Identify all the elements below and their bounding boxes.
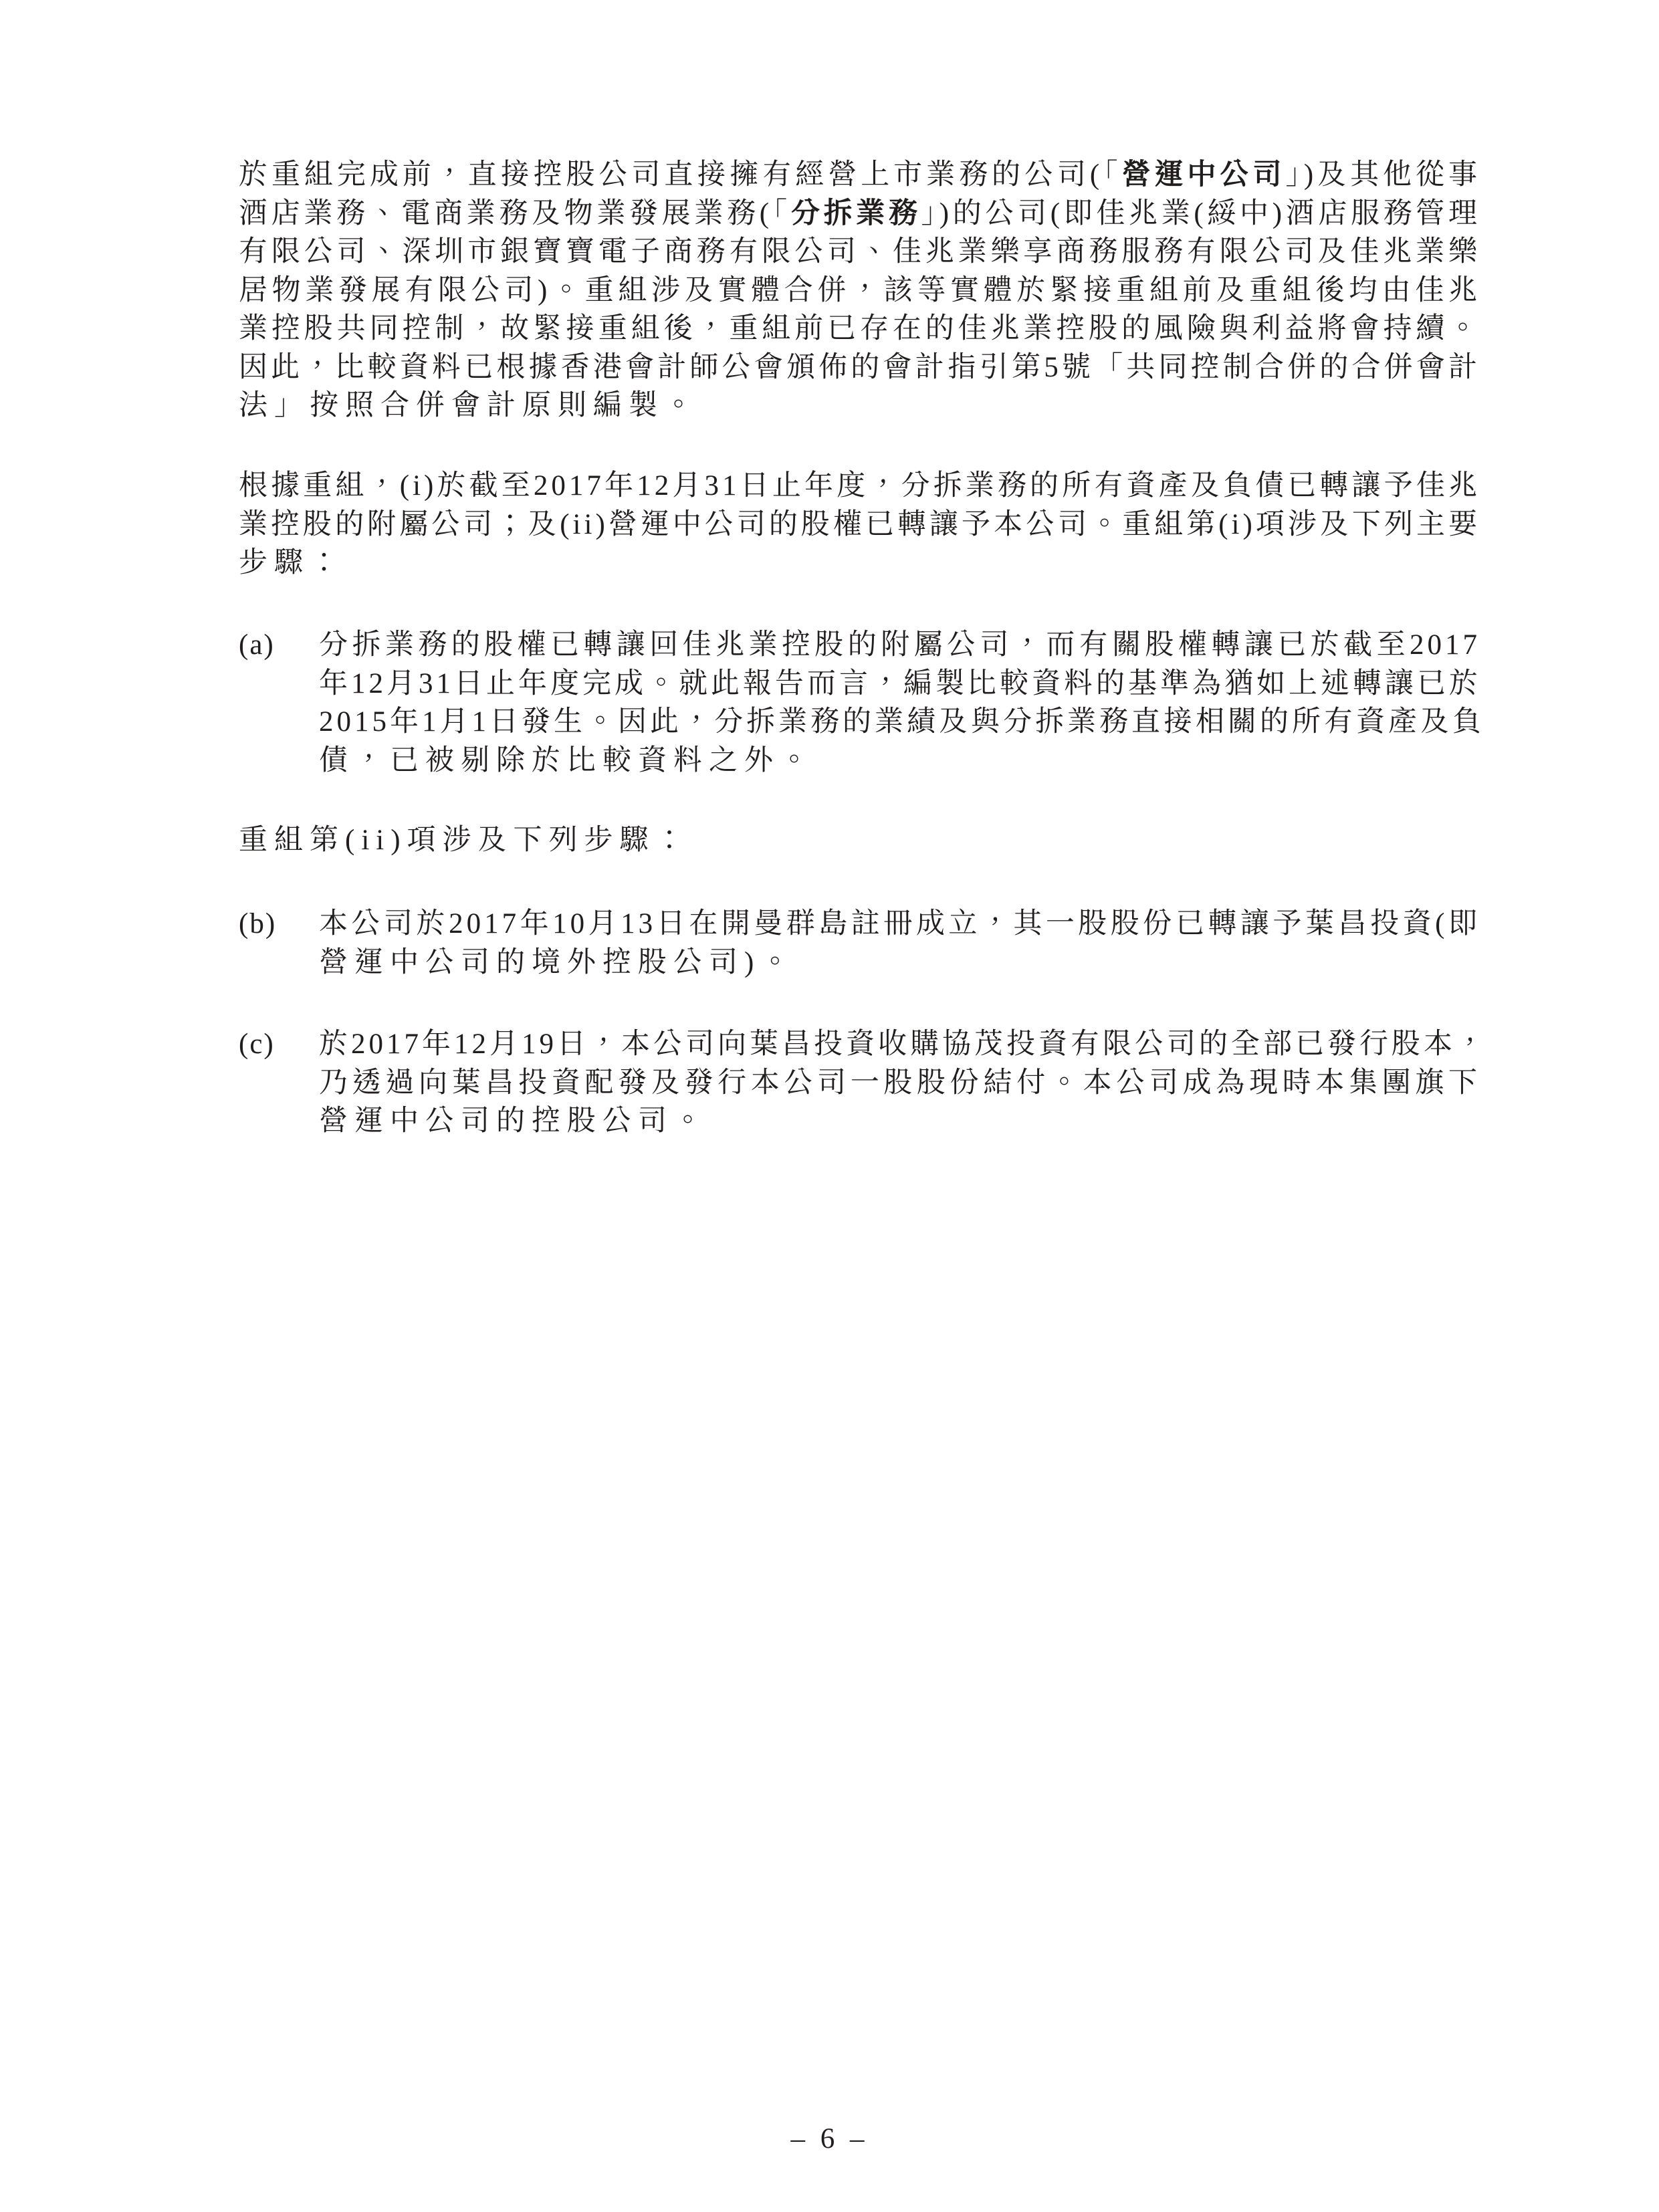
text-line: 年12月31日止年度完成。就此報告而言，編製比較資料的基準為猶如上述轉讓已於 [319, 665, 1480, 703]
paragraph-reorganisation: 根據重組，(i)於截至2017年12月31日止年度，分拆業務的所有資產及負債已轉… [239, 467, 1480, 582]
list-item-b-body: 本公司於2017年10月13日在開曼群島註冊成立，其一股股份已轉讓予葉昌投資(即… [319, 905, 1480, 982]
text-line: 重組第(ii)項涉及下列步驟： [239, 821, 1480, 860]
text-line: 債，已被剔除於比較資料之外。 [319, 742, 1480, 780]
defined-term-spinoff-business: 分拆業務 [791, 197, 921, 229]
text-line: 酒店業務、電商業務及物業發展業務(「分拆業務」)的公司(即佳兆業(綏中)酒店服務… [239, 195, 1480, 233]
text-line: 2015年1月1日發生。因此，分拆業務的業績及與分拆業務直接相關的所有資產及負 [319, 703, 1480, 742]
page-footer: – 6 – [0, 2120, 1659, 2159]
document-page: 於重組完成前，直接控股公司直接擁有經營上市業務的公司(「營運中公司」)及其他從事… [0, 0, 1659, 2212]
paragraph-intro: 於重組完成前，直接控股公司直接擁有經營上市業務的公司(「營運中公司」)及其他從事… [239, 156, 1480, 425]
page-number: – 6 – [791, 2123, 869, 2154]
list-item-c: (c) 於2017年12月19日，本公司向葉昌投資收購協茂投資有限公司的全部已發… [239, 1025, 1480, 1141]
defined-term-operating-company: 營運中公司 [1122, 158, 1286, 191]
text-run: 」)的公司(即佳兆業(綏中)酒店服務管理 [921, 198, 1480, 229]
list-marker-a: (a) [239, 626, 319, 665]
text-run: 於重組完成前，直接控股公司直接擁有經營上市業務的公司(「 [239, 159, 1122, 191]
list-item-a-body: 分拆業務的股權已轉讓回佳兆業控股的附屬公司，而有關股權轉讓已於截至2017 年1… [319, 626, 1480, 780]
text-run: 酒店業務、電商業務及物業發展業務(「 [239, 198, 791, 229]
paragraph-step-ii-leadin: 重組第(ii)項涉及下列步驟： [239, 821, 1480, 860]
text-line: 因此，比較資料已根據香港會計師公會頒佈的會計指引第5號「共同控制合併的合併會計 [239, 348, 1480, 387]
text-line: 營運中公司的控股公司。 [319, 1102, 1480, 1141]
text-line: 居物業發展有限公司)。重組涉及實體合併，該等實體於緊接重組前及重組後均由佳兆 [239, 271, 1480, 310]
text-line: 業控股的附屬公司；及(ii)營運中公司的股權已轉讓予本公司。重組第(i)項涉及下… [239, 506, 1480, 544]
list-item-c-body: 於2017年12月19日，本公司向葉昌投資收購協茂投資有限公司的全部已發行股本，… [319, 1025, 1480, 1141]
text-line: 業控股共同控制，故緊接重組後，重組前已存在的佳兆業控股的風險與利益將會持續。 [239, 310, 1480, 348]
list-marker-b: (b) [239, 905, 319, 944]
text-line: 營運中公司的境外控股公司)。 [319, 944, 1480, 982]
list-item-a: (a) 分拆業務的股權已轉讓回佳兆業控股的附屬公司，而有關股權轉讓已於截至201… [239, 626, 1480, 780]
text-line: 根據重組，(i)於截至2017年12月31日止年度，分拆業務的所有資產及負債已轉… [239, 467, 1480, 506]
list-marker-c: (c) [239, 1025, 319, 1064]
text-line: 於重組完成前，直接控股公司直接擁有經營上市業務的公司(「營運中公司」)及其他從事 [239, 156, 1480, 195]
text-line: 乃透過向葉昌投資配發及發行本公司一股股份結付。本公司成為現時本集團旗下 [319, 1064, 1480, 1103]
text-line: 有限公司、深圳市銀寶寶電子商務有限公司、佳兆業樂享商務服務有限公司及佳兆業樂 [239, 233, 1480, 271]
text-run: 」)及其他從事 [1285, 159, 1480, 191]
text-line: 本公司於2017年10月13日在開曼群島註冊成立，其一股股份已轉讓予葉昌投資(即 [319, 905, 1480, 944]
text-line: 步驟： [239, 544, 1480, 582]
text-line: 於2017年12月19日，本公司向葉昌投資收購協茂投資有限公司的全部已發行股本， [319, 1025, 1480, 1064]
list-item-b: (b) 本公司於2017年10月13日在開曼群島註冊成立，其一股股份已轉讓予葉昌… [239, 905, 1480, 982]
text-line: 法」按照合併會計原則編製。 [239, 386, 1480, 425]
text-line: 分拆業務的股權已轉讓回佳兆業控股的附屬公司，而有關股權轉讓已於截至2017 [319, 626, 1480, 665]
